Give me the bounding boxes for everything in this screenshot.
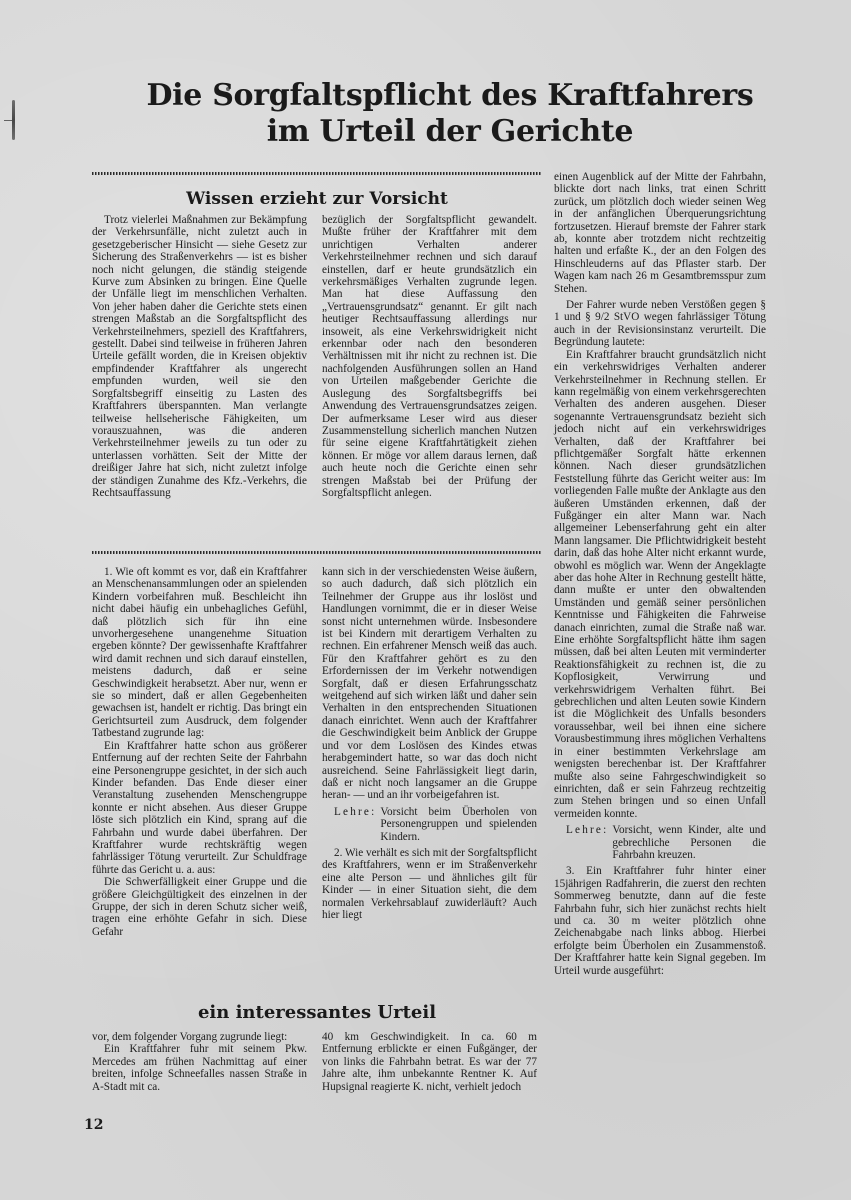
case1-column-2: kann sich in der verschiedensten Weise ä… [322,566,537,921]
page-number: 12 [84,1117,103,1133]
magazine-page: Die Sorgfaltspflicht des Kraftfahrers im… [0,0,851,1200]
dotted-divider-middle [92,551,542,554]
case2-intro-paragraph: 2. Wie verhält es sich mit der Sorgfalts… [322,847,537,921]
case2-column-2: 40 km Geschwindigkeit. In ca. 60 m Entfe… [322,1031,537,1093]
intro-paragraph-2: bezüglich der Sorgfaltspflicht gewandelt… [322,214,537,499]
right-paragraph-1: einen Augenblick auf der Mitte der Fahrb… [554,171,766,295]
lesson-label-2: Lehre: [566,824,608,861]
right-paragraph-2: Der Fahrer wurde neben Verstößen gegen §… [554,299,766,349]
lesson-box-2: Lehre: Vorsicht, wenn Kinder, alte und g… [566,824,766,861]
case2-column-1: vor, dem folgender Vorgang zugrunde lieg… [92,1031,307,1093]
right-column: einen Augenblick auf der Mitte der Fahrb… [554,171,766,977]
article-title-line-2: im Urteil der Gerichte [100,114,800,150]
case2-facts-continued: 40 km Geschwindigkeit. In ca. 60 m Entfe… [322,1031,537,1093]
case1-reasoning-paragraph: kann sich in der verschiedensten Weise ä… [322,566,537,802]
case1-column-1: 1. Wie oft kommt es vor, daß ein Kraftfa… [92,566,307,938]
lesson-box-1: Lehre: Vorsicht beim Überholen von Perso… [334,806,537,843]
case1-intro-paragraph: 1. Wie oft kommt es vor, daß ein Kraftfa… [92,566,307,740]
intro-paragraph-1: Trotz vielerlei Maßnahmen zur Bekämpfung… [92,214,307,499]
article-title: Die Sorgfaltspflicht des Kraftfahrers im… [100,78,800,150]
article-title-line-1: Die Sorgfaltspflicht des Kraftfahrers [100,78,800,114]
intro-column-1: Trotz vielerlei Maßnahmen zur Bekämpfung… [92,214,307,499]
right-paragraph-4: 3. Ein Kraftfahrer fuhr hinter einer 15j… [554,865,766,977]
dotted-divider-top [92,172,542,175]
case1-facts-paragraph: Ein Kraftfahrer hatte schon aus größerer… [92,740,307,876]
case2-facts-paragraph: Ein Kraftfahrer fuhr mit seinem Pkw. Mer… [92,1043,307,1093]
lesson-text-1: Vorsicht beim Überholen von Personengrup… [380,806,537,843]
case1-court-paragraph: Die Schwerfälligkeit einer Gruppe und di… [92,876,307,938]
lesson-label-1: Lehre: [334,806,376,843]
section-heading-urteil: ein interessantes Urteil [92,1002,542,1023]
intro-column-2: bezüglich der Sorgfaltspflicht gewandelt… [322,214,537,499]
case2-transition-paragraph: vor, dem folgender Vorgang zugrunde lieg… [92,1031,307,1043]
margin-scan-mark [12,100,15,140]
right-paragraph-3: Ein Kraftfahrer braucht grundsätzlich ni… [554,349,766,820]
section-heading-wissen: Wissen erzieht zur Vorsicht [92,189,542,209]
lesson-text-2: Vorsicht, wenn Kinder, alte und gebrechl… [612,824,766,861]
